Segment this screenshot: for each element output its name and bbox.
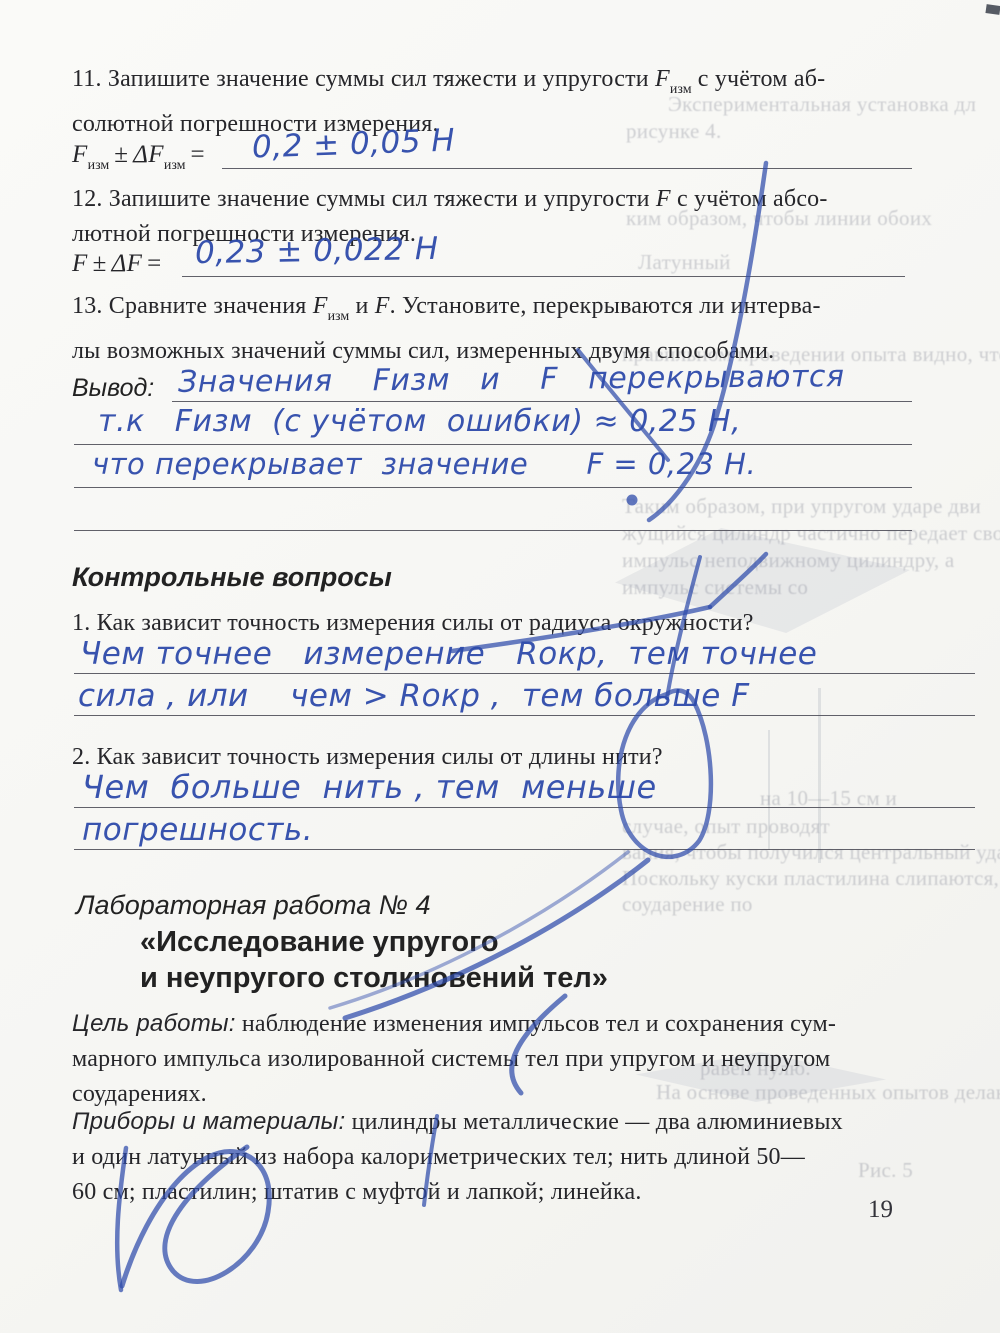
task-13-text: 13. Сравните значения Fизм и F. Установи…: [72, 289, 821, 369]
task-12-text: 12. Запишите значение суммы сил тяжести …: [72, 182, 828, 252]
formula-11: Fизм±ΔFизм=: [72, 141, 210, 174]
workbook-page: Экспериментальная установка дл рисунке 4…: [0, 0, 1000, 1333]
formula-11-answer-line: [222, 168, 912, 169]
answer-1-line-2: [74, 715, 975, 716]
handwritten-answer-1b: сила , или чем > Rокр , тем больше F: [78, 678, 750, 714]
conclusion-label: Вывод:: [72, 374, 154, 403]
bleed-line: Таким образом, при упругом ударе дви: [622, 494, 981, 519]
page-number: 19: [868, 1196, 893, 1224]
conclusion-line-4: [74, 530, 912, 531]
handwritten-answer-2b: погрешность.: [82, 812, 313, 848]
handwritten-conclusion-3: что перекрывает значение F = 0,23 Н.: [92, 447, 756, 481]
lab-goal: Цель работы: наблюдение изменения импуль…: [72, 1006, 836, 1112]
bleed-line: случае, опыт проводят: [622, 814, 830, 839]
lab-equipment: Приборы и материалы: цилиндры металличес…: [72, 1104, 843, 1210]
conclusion-line-2: [74, 444, 912, 445]
bleed-line: вания, чтобы получился центральный удар.: [622, 840, 1000, 865]
answer-1-line-1: [74, 673, 975, 674]
bleed-line: соударение по: [622, 892, 753, 917]
handwritten-answer-2a: Чем больше нить , тем меньше: [82, 768, 657, 806]
formula-12-answer-line: [182, 276, 905, 277]
handwritten-conclusion-2: т.к Fизм (с учётом ошибки) ≈ 0,25 Н,: [98, 404, 741, 439]
formula-12: F±ΔF=: [72, 250, 167, 278]
bleed-figure-stand-2: [768, 730, 770, 850]
scan-edge-artifact: [985, 4, 1000, 15]
conclusion-line-3: [74, 487, 912, 488]
bleed-line: Рис. 5: [858, 1158, 913, 1183]
handwritten-answer-1a: Чем точнее измерение Rокр, тем точнее: [80, 636, 817, 672]
lab-title-line-1: Лабораторная работа № 4: [76, 890, 430, 921]
control-questions-heading: Контрольные вопросы: [72, 562, 392, 593]
answer-2-line-2: [74, 849, 975, 850]
answer-2-line-1: [74, 807, 975, 808]
lab-title-line-2: «Исследование упругого: [140, 926, 499, 959]
handwritten-conclusion-1: Значения Fизм и F перекрываются: [178, 359, 845, 400]
bleed-line: Латунный: [638, 250, 731, 275]
bleed-line: жущийся цилиндр частично передает свой: [622, 521, 1000, 546]
handwritten-formula-12-value: 0,23 ± 0,022 Н: [195, 231, 439, 271]
conclusion-line-1: [172, 401, 912, 402]
lab-title-line-3: и неупругого столкновений тел»: [140, 962, 608, 995]
handwritten-formula-11-value: 0,2 ± 0,05 Н: [251, 122, 455, 165]
bleed-line: Поскольку куски пластилина слипаются,: [622, 866, 999, 891]
